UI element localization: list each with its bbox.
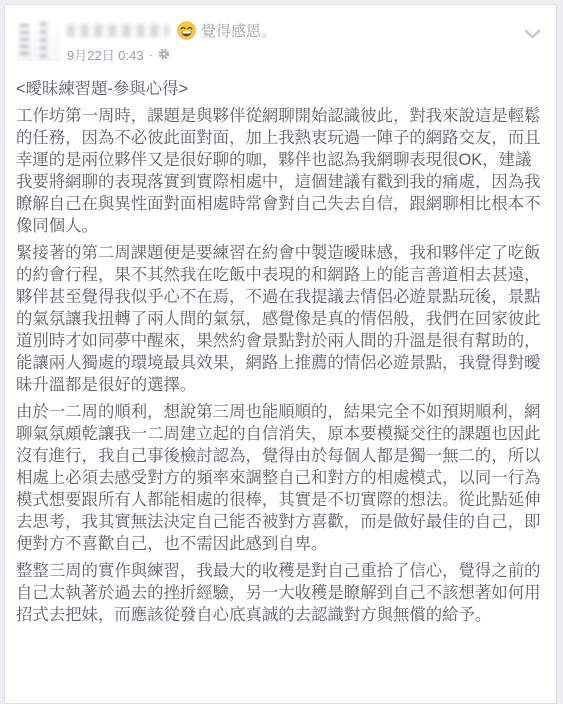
post-paragraph: 緊接著的第二周課題便是要練習在約會中製造曖昧感，我和夥伴定了吃飯的約會行程，果不… [16,242,545,396]
timestamp-separator: · [149,47,153,62]
author-line: 覺得感恩。 [67,18,545,42]
privacy-gear-icon [158,48,170,60]
post-title: <曖昧練習題-參與心得> [16,78,545,100]
post-header: 覺得感恩。 9月22日 0:43 · [16,16,545,68]
post-body: <曖昧練習題-參與心得> 工作坊第一周時，課題是與夥伴從網聊開始認識彼此，對我來… [16,78,545,626]
date-line: 9月22日 0:43 · [67,44,545,64]
header-main: 覺得感恩。 9月22日 0:43 · [67,16,545,64]
post-card: 覺得感恩。 9月22日 0:43 · <曖昧練習題- [4,4,557,631]
feeling-status: 覺得感恩。 [201,20,276,41]
author-name-redacted[interactable] [67,24,169,37]
avatar[interactable] [17,17,61,61]
post-menu-button[interactable] [521,26,543,44]
post-paragraph: 由於一二周的順利，想說第三周也能順順的，結果完全不如預期順利，網聊氣氛頗乾讓我一… [16,401,545,555]
post-paragraph: 工作坊第一周時，課題是與夥伴從網聊開始認識彼此，對我來說這是輕鬆的任務，因為不必… [16,105,545,237]
chevron-down-icon [524,28,541,43]
grinning-face-emoji [177,21,196,40]
post-timestamp[interactable]: 9月22日 0:43 [67,45,144,64]
avatar-redaction-mark [20,24,29,57]
post-paragraph: 整整三周的實作與練習，我最大的收穫是對自己重拾了信心，覺得之前的自己太執著於過去… [16,560,545,626]
avatar-redaction-mark [40,22,47,60]
